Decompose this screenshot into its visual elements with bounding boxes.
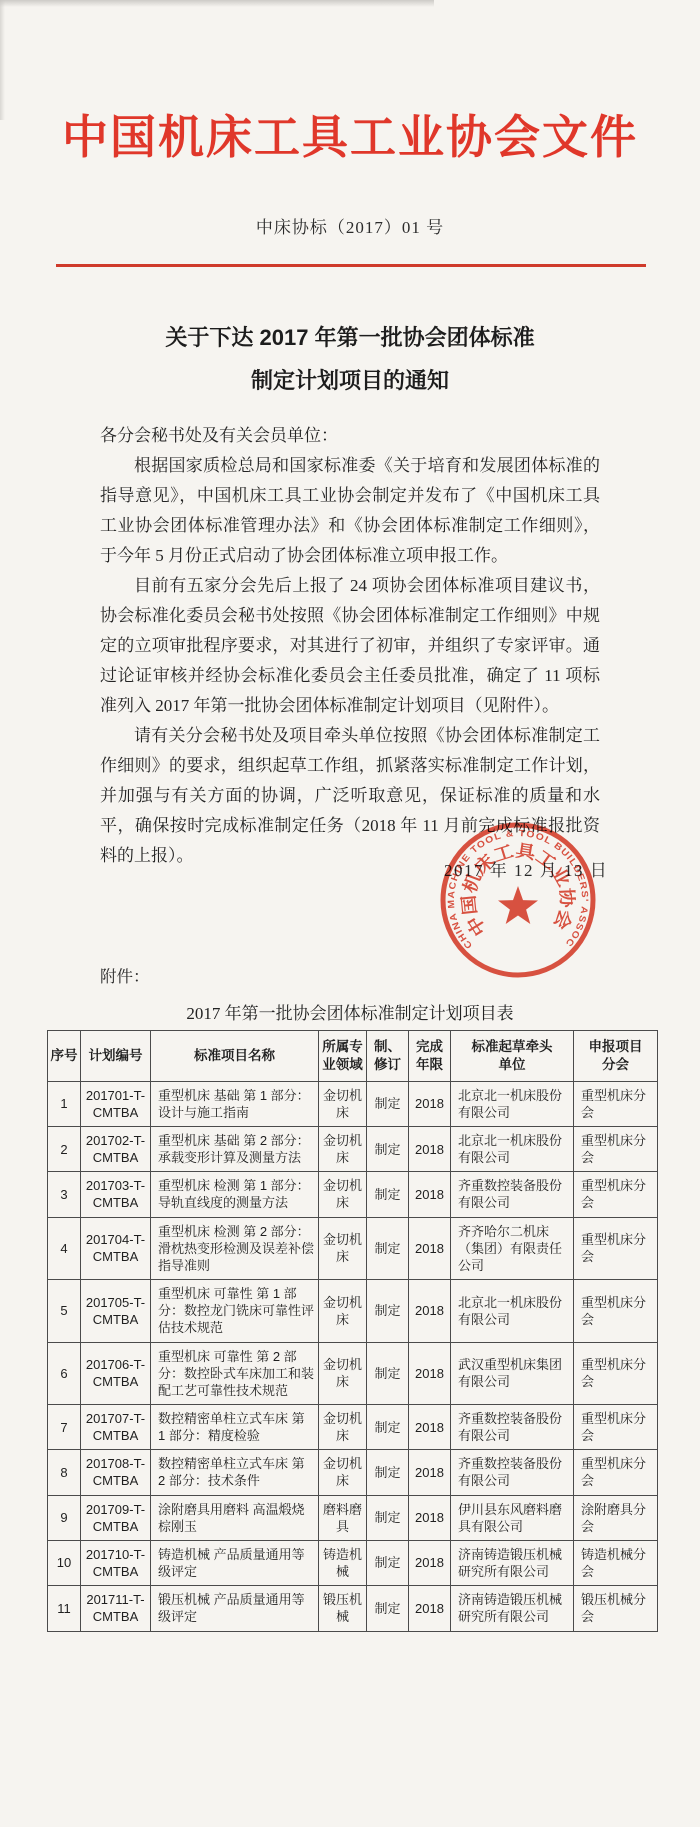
cell-year: 2018 bbox=[409, 1217, 451, 1279]
cell-no: 11 bbox=[48, 1586, 81, 1631]
cell-type: 制定 bbox=[367, 1342, 409, 1404]
cell-unit: 齐重数控装备股份有限公司 bbox=[451, 1172, 574, 1217]
cell-no: 9 bbox=[48, 1495, 81, 1540]
table-row: 1201701-T-CMTBA重型机床 基础 第 1 部分：设计与施工指南金切机… bbox=[48, 1081, 658, 1126]
table-row: 3201703-T-CMTBA重型机床 检测 第 1 部分：导轨直线度的测量方法… bbox=[48, 1172, 658, 1217]
table-title: 2017 年第一批协会团体标准制定计划项目表 bbox=[0, 999, 700, 1024]
cell-year: 2018 bbox=[409, 1280, 451, 1342]
cell-branch: 锻压机械分会 bbox=[574, 1586, 658, 1631]
cell-plan_no: 201710-T-CMTBA bbox=[81, 1540, 151, 1585]
cell-type: 制定 bbox=[367, 1495, 409, 1540]
cell-branch: 涂附磨具分会 bbox=[574, 1495, 658, 1540]
body-paragraph-1: 根据国家质检总局和国家标准委《关于培育和发展团体标准的指导意见》，中国机床工具工… bbox=[100, 451, 600, 571]
cell-year: 2018 bbox=[409, 1172, 451, 1217]
cell-branch: 重型机床分会 bbox=[574, 1126, 658, 1171]
cell-no: 1 bbox=[48, 1081, 81, 1126]
cell-name: 锻压机械 产品质量通用等级评定 bbox=[151, 1586, 319, 1631]
cell-branch: 重型机床分会 bbox=[574, 1172, 658, 1217]
cell-field: 金切机床 bbox=[319, 1342, 367, 1404]
scan-edge-artifact bbox=[0, 0, 434, 7]
cell-unit: 齐重数控装备股份有限公司 bbox=[451, 1404, 574, 1449]
cell-branch: 重型机床分会 bbox=[574, 1217, 658, 1279]
cell-field: 金切机床 bbox=[319, 1280, 367, 1342]
cell-no: 6 bbox=[48, 1342, 81, 1404]
cell-branch: 重型机床分会 bbox=[574, 1404, 658, 1449]
cell-name: 铸造机械 产品质量通用等级评定 bbox=[151, 1540, 319, 1585]
scan-edge-artifact bbox=[0, 0, 5, 120]
cell-field: 磨料磨具 bbox=[319, 1495, 367, 1540]
cell-branch: 重型机床分会 bbox=[574, 1450, 658, 1495]
cell-field: 金切机床 bbox=[319, 1126, 367, 1171]
cell-branch: 重型机床分会 bbox=[574, 1280, 658, 1342]
cell-type: 制定 bbox=[367, 1217, 409, 1279]
cell-branch: 铸造机械分会 bbox=[574, 1540, 658, 1585]
cell-no: 4 bbox=[48, 1217, 81, 1279]
cell-plan_no: 201711-T-CMTBA bbox=[81, 1586, 151, 1631]
cell-year: 2018 bbox=[409, 1495, 451, 1540]
cell-year: 2018 bbox=[409, 1586, 451, 1631]
cell-plan_no: 201701-T-CMTBA bbox=[81, 1081, 151, 1126]
cell-name: 重型机床 基础 第 1 部分：设计与施工指南 bbox=[151, 1081, 319, 1126]
table-row: 4201704-T-CMTBA重型机床 检测 第 2 部分：滑枕热变形检测及误差… bbox=[48, 1217, 658, 1279]
cell-no: 3 bbox=[48, 1172, 81, 1217]
table-row: 6201706-T-CMTBA重型机床 可靠性 第 2 部分：数控卧式车床加工和… bbox=[48, 1342, 658, 1404]
cell-year: 2018 bbox=[409, 1450, 451, 1495]
cell-name: 重型机床 基础 第 2 部分：承载变形计算及测量方法 bbox=[151, 1126, 319, 1171]
notice-title-line1: 关于下达 2017 年第一批协会团体标准 bbox=[0, 316, 700, 359]
cell-field: 铸造机械 bbox=[319, 1540, 367, 1585]
cell-name: 重型机床 可靠性 第 2 部分：数控卧式车床加工和装配工艺可靠性技术规范 bbox=[151, 1342, 319, 1404]
column-header-no: 序号 bbox=[48, 1031, 81, 1082]
table-row: 10201710-T-CMTBA铸造机械 产品质量通用等级评定铸造机械制定201… bbox=[48, 1540, 658, 1585]
cell-type: 制定 bbox=[367, 1081, 409, 1126]
cell-year: 2018 bbox=[409, 1404, 451, 1449]
cell-unit: 北京北一机床股份有限公司 bbox=[451, 1126, 574, 1171]
cell-no: 10 bbox=[48, 1540, 81, 1585]
cell-unit: 齐齐哈尔二机床（集团）有限责任公司 bbox=[451, 1217, 574, 1279]
cell-name: 数控精密单柱立式车床 第 2 部分：技术条件 bbox=[151, 1450, 319, 1495]
cell-field: 金切机床 bbox=[319, 1450, 367, 1495]
cell-type: 制定 bbox=[367, 1172, 409, 1217]
cell-year: 2018 bbox=[409, 1081, 451, 1126]
column-header-field: 所属专 业领域 bbox=[319, 1031, 367, 1082]
cell-plan_no: 201709-T-CMTBA bbox=[81, 1495, 151, 1540]
cell-name: 涂附磨具用磨料 高温煅烧棕刚玉 bbox=[151, 1495, 319, 1540]
cell-plan_no: 201707-T-CMTBA bbox=[81, 1404, 151, 1449]
cell-year: 2018 bbox=[409, 1342, 451, 1404]
notice-title-line2: 制定计划项目的通知 bbox=[0, 359, 700, 402]
document-header-title: 中国机床工具工业协会文件 bbox=[0, 106, 700, 170]
standards-plan-table: 序号计划编号标准项目名称所属专 业领域制、 修订完成 年限标准起草牵头 单位申报… bbox=[47, 1030, 658, 1632]
column-header-type: 制、 修订 bbox=[367, 1031, 409, 1082]
cell-unit: 武汉重型机床集团有限公司 bbox=[451, 1342, 574, 1404]
cell-field: 金切机床 bbox=[319, 1172, 367, 1217]
cell-type: 制定 bbox=[367, 1540, 409, 1585]
cell-type: 制定 bbox=[367, 1404, 409, 1449]
cell-plan_no: 201705-T-CMTBA bbox=[81, 1280, 151, 1342]
cell-year: 2018 bbox=[409, 1540, 451, 1585]
cell-type: 制定 bbox=[367, 1126, 409, 1171]
cell-field: 金切机床 bbox=[319, 1217, 367, 1279]
five-pointed-star-icon bbox=[498, 886, 538, 924]
cell-type: 制定 bbox=[367, 1280, 409, 1342]
cell-no: 5 bbox=[48, 1280, 81, 1342]
cell-unit: 北京北一机床股份有限公司 bbox=[451, 1081, 574, 1126]
cell-no: 8 bbox=[48, 1450, 81, 1495]
cell-unit: 北京北一机床股份有限公司 bbox=[451, 1280, 574, 1342]
cell-no: 2 bbox=[48, 1126, 81, 1171]
cell-branch: 重型机床分会 bbox=[574, 1342, 658, 1404]
cell-no: 7 bbox=[48, 1404, 81, 1449]
scanned-document-page: 中国机床工具工业协会文件 中床协标（2017）01 号 关于下达 2017 年第… bbox=[0, 0, 700, 1827]
column-header-branch: 申报项目 分会 bbox=[574, 1031, 658, 1082]
official-seal: CHINA MACHINE TOOL & TOOL BUILDERS' ASSO… bbox=[428, 810, 608, 990]
cell-unit: 济南铸造锻压机械研究所有限公司 bbox=[451, 1586, 574, 1631]
salutation: 各分会秘书处及有关会员单位： bbox=[100, 421, 600, 451]
column-header-year: 完成 年限 bbox=[409, 1031, 451, 1082]
notice-title: 关于下达 2017 年第一批协会团体标准 制定计划项目的通知 bbox=[0, 316, 700, 402]
table-row: 7201707-T-CMTBA数控精密单柱立式车床 第 1 部分：精度检验金切机… bbox=[48, 1404, 658, 1449]
cell-plan_no: 201702-T-CMTBA bbox=[81, 1126, 151, 1171]
cell-name: 重型机床 可靠性 第 1 部分：数控龙门铣床可靠性评估技术规范 bbox=[151, 1280, 319, 1342]
cell-branch: 重型机床分会 bbox=[574, 1081, 658, 1126]
cell-type: 制定 bbox=[367, 1450, 409, 1495]
cell-unit: 济南铸造锻压机械研究所有限公司 bbox=[451, 1540, 574, 1585]
column-header-plan_no: 计划编号 bbox=[81, 1031, 151, 1082]
cell-field: 锻压机械 bbox=[319, 1586, 367, 1631]
table-header-row: 序号计划编号标准项目名称所属专 业领域制、 修订完成 年限标准起草牵头 单位申报… bbox=[48, 1031, 658, 1082]
document-number: 中床协标（2017）01 号 bbox=[0, 213, 700, 238]
table-row: 9201709-T-CMTBA涂附磨具用磨料 高温煅烧棕刚玉磨料磨具制定2018… bbox=[48, 1495, 658, 1540]
cell-unit: 伊川县东风磨料磨具有限公司 bbox=[451, 1495, 574, 1540]
cell-plan_no: 201706-T-CMTBA bbox=[81, 1342, 151, 1404]
cell-name: 重型机床 检测 第 1 部分：导轨直线度的测量方法 bbox=[151, 1172, 319, 1217]
cell-unit: 齐重数控装备股份有限公司 bbox=[451, 1450, 574, 1495]
cell-year: 2018 bbox=[409, 1126, 451, 1171]
notice-body: 各分会秘书处及有关会员单位： 根据国家质检总局和国家标准委《关于培育和发展团体标… bbox=[100, 421, 600, 871]
table-row: 2201702-T-CMTBA重型机床 基础 第 2 部分：承载变形计算及测量方… bbox=[48, 1126, 658, 1171]
cell-plan_no: 201704-T-CMTBA bbox=[81, 1217, 151, 1279]
column-header-name: 标准项目名称 bbox=[151, 1031, 319, 1082]
cell-name: 重型机床 检测 第 2 部分：滑枕热变形检测及误差补偿指导准则 bbox=[151, 1217, 319, 1279]
table-row: 5201705-T-CMTBA重型机床 可靠性 第 1 部分：数控龙门铣床可靠性… bbox=[48, 1280, 658, 1342]
cell-plan_no: 201703-T-CMTBA bbox=[81, 1172, 151, 1217]
cell-field: 金切机床 bbox=[319, 1081, 367, 1126]
cell-plan_no: 201708-T-CMTBA bbox=[81, 1450, 151, 1495]
attachment-label: 附件： bbox=[100, 963, 150, 987]
table-row: 11201711-T-CMTBA锻压机械 产品质量通用等级评定锻压机械制定201… bbox=[48, 1586, 658, 1631]
red-divider-line bbox=[56, 264, 646, 267]
cell-name: 数控精密单柱立式车床 第 1 部分：精度检验 bbox=[151, 1404, 319, 1449]
cell-field: 金切机床 bbox=[319, 1404, 367, 1449]
column-header-unit: 标准起草牵头 单位 bbox=[451, 1031, 574, 1082]
cell-type: 制定 bbox=[367, 1586, 409, 1631]
table-row: 8201708-T-CMTBA数控精密单柱立式车床 第 2 部分：技术条件金切机… bbox=[48, 1450, 658, 1495]
body-paragraph-2: 目前有五家分会先后上报了 24 项协会团体标准项目建议书，协会标准化委员会秘书处… bbox=[100, 571, 600, 721]
